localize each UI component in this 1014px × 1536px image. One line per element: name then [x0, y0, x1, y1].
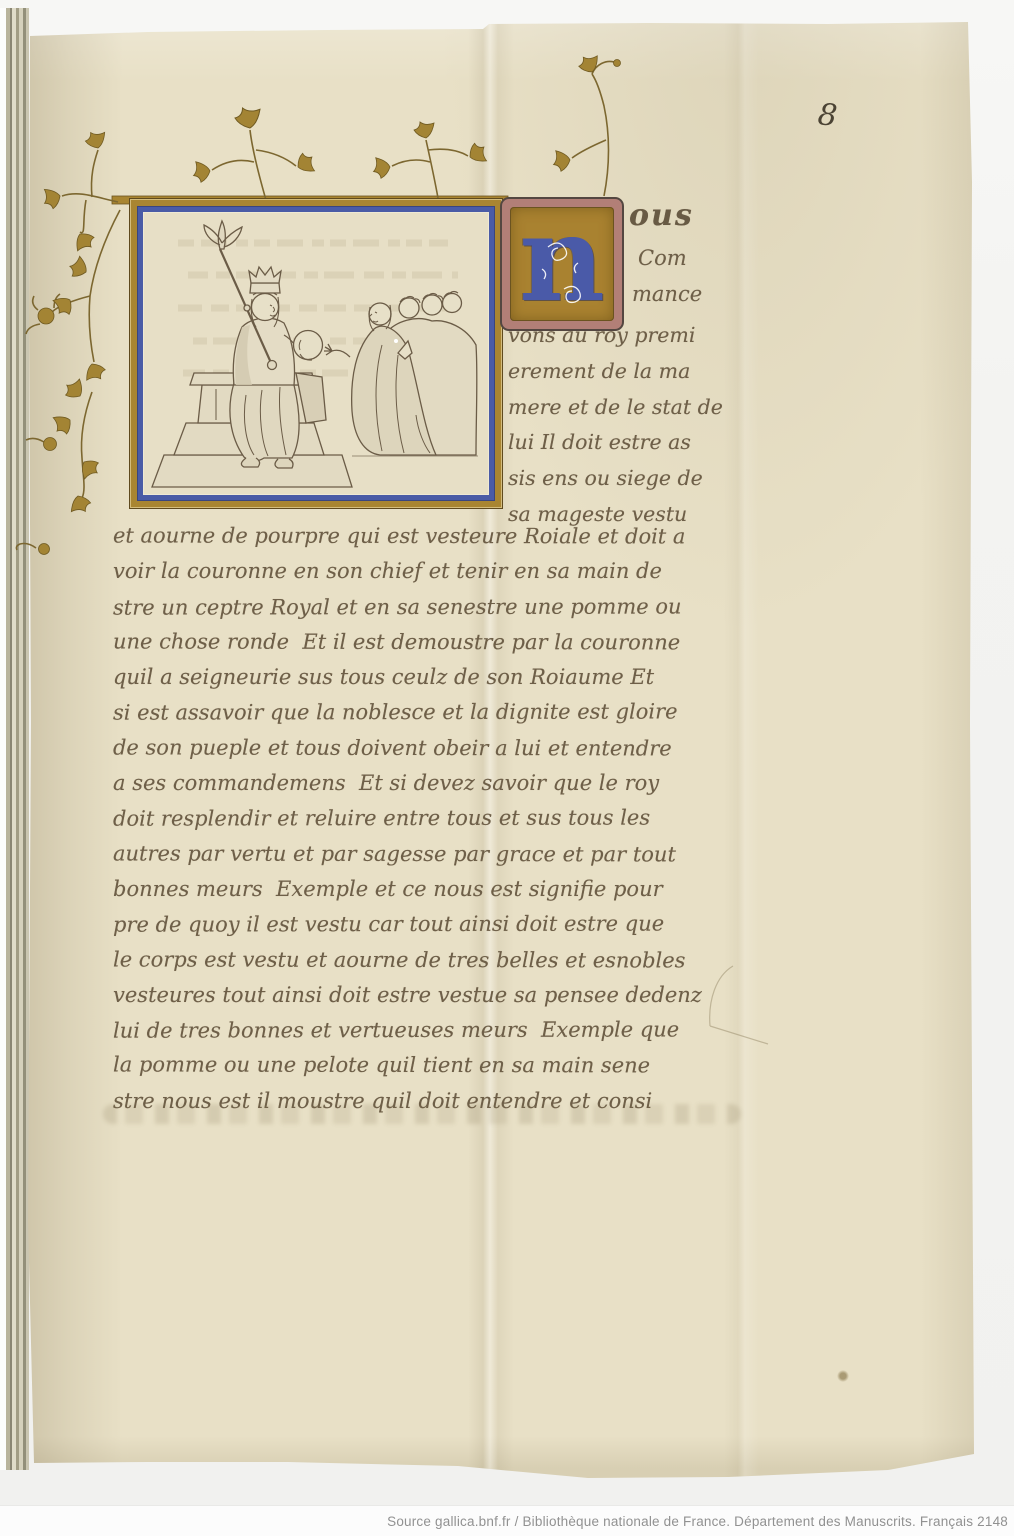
text-line: lui Il doit estre as [508, 425, 748, 461]
text-line: de son pueple et tous doivent obeir a lu… [113, 730, 757, 766]
text-line: vons au roy premi [508, 318, 748, 354]
text-line: et aourne de pourpre qui est vesteure Ro… [113, 518, 757, 554]
text-line: si est assavoir que la noblesce et la di… [113, 695, 757, 732]
text-line: stre un ceptre Royal et en sa senestre u… [113, 589, 757, 626]
miniature-ground [143, 212, 489, 495]
text-line: mance [632, 282, 702, 306]
book-edge-pages [0, 8, 29, 1470]
text-line: quil a seigneurie sus tous ceulz de son … [113, 660, 757, 695]
text-line: sis ens ou siege de [508, 461, 748, 497]
initial-filigree [500, 197, 624, 331]
source-attribution: Source gallica.bnf.fr / Bibliothèque nat… [387, 1514, 1008, 1529]
text-line: lui de tres bonnes et vertueuses meurs E… [113, 1012, 757, 1049]
text-line: erement de la ma [508, 354, 748, 390]
opening-word: ous [629, 198, 694, 233]
text-line: bonnes meurs Exemple et ce nous est sign… [113, 872, 757, 907]
manuscript-scan: 8 [0, 0, 1014, 1536]
text-line: le corps est vestu et aourne de tres bel… [113, 942, 757, 978]
text-line: une chose ronde Et il est demoustre par … [113, 624, 757, 660]
text-line: doit resplendir et reluire entre tous et… [113, 801, 757, 838]
miniature-blue-border [137, 206, 495, 501]
text-line: Com [638, 246, 687, 270]
illuminated-initial: N [500, 197, 624, 331]
gallica-footer-bar: Source gallica.bnf.fr / Bibliothèque nat… [0, 1505, 1014, 1536]
right-column-text: vons au roy premi erement de la ma mere … [508, 318, 748, 533]
folio-number: 8 [816, 97, 839, 134]
text-line: mere et de le stat de [508, 390, 748, 426]
text-line: pre de quoy il est vestu car tout ainsi … [113, 907, 757, 944]
body-text-block: et aourne de pourpre qui est vesteure Ro… [113, 519, 757, 1119]
text-line: la pomme ou une pelote quil tient en sa … [113, 1048, 757, 1084]
text-line: voir la couronne en son chief et tenir e… [113, 554, 757, 589]
miniature-frame [129, 198, 503, 509]
miniature-illustration [144, 213, 488, 494]
showthrough-line [103, 1104, 741, 1124]
text-line: vesteures tout ainsi doit estre vestue s… [113, 978, 757, 1013]
text-line: a ses commandemens Et si devez savoir qu… [113, 766, 757, 801]
text-line: autres par vertu et par sagesse par grac… [113, 836, 757, 872]
